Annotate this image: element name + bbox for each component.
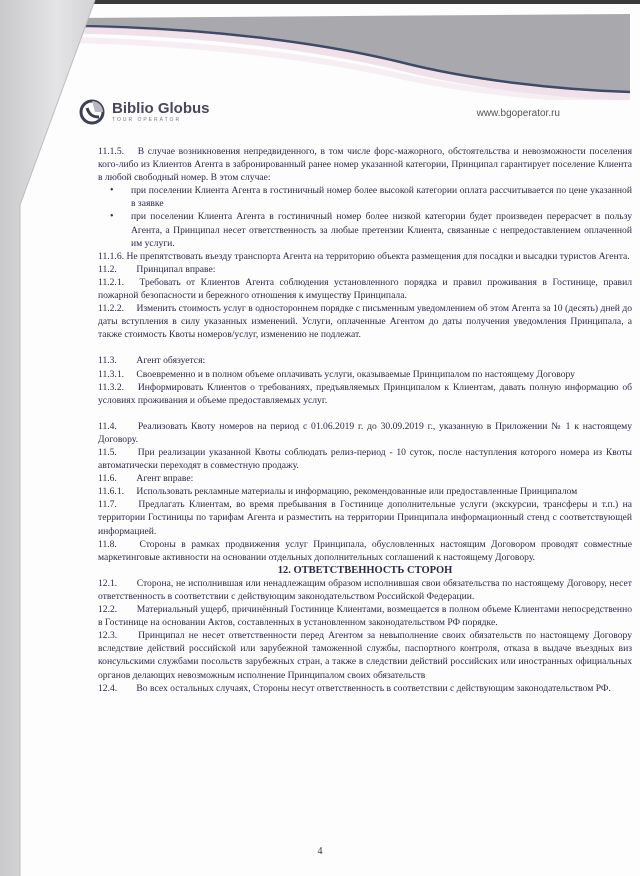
clause-12-4: 12.4. Во всех остальных случаях, Стороны… [98, 682, 632, 695]
clause-11-3-1: 11.3.1. Своевременно и в полном объеме о… [98, 368, 632, 381]
clause-11-8: 11.8. Стороны в рамках продвижения услуг… [98, 538, 632, 564]
clause-12-1: 12.1. Сторона, не исполнившая или ненадл… [98, 577, 632, 603]
bullet-item: при поселении Клиента Агента в гостиничн… [131, 184, 632, 210]
brand-name: Biblio Globus [112, 101, 210, 116]
clause-11-5: 11.5. При реализации указанной Квоты соб… [98, 446, 632, 472]
document-page: Biblio Globus TOUR OPERATOR www.bgoperat… [0, 0, 640, 876]
clause-12-2: 12.2. Материальный ущерб, причинённый Го… [98, 603, 632, 629]
brand-logo: Biblio Globus TOUR OPERATOR [78, 98, 210, 126]
header-wave-decoration [0, 0, 640, 100]
clause-11-2: 11.2. Принципал вправе: [98, 263, 632, 276]
clause-11-1-5: 11.1.5. В случае возникновения непредвид… [98, 145, 632, 184]
page-number: 4 [0, 846, 640, 857]
clause-11-3: 11.3. Агент обязуется: [98, 354, 632, 367]
clause-11-6: 11.6. Агент вправе: [98, 472, 632, 485]
clause-11-7: 11.7. Предлагать Клиентам, во время преб… [98, 498, 632, 537]
clause-11-3-2: 11.3.2. Информировать Клиентов о требова… [98, 381, 632, 407]
website-url: www.bgoperator.ru [477, 108, 560, 119]
clause-11-6-1: 11.6.1. Использовать рекламные материалы… [98, 485, 632, 498]
clause-11-2-2: 11.2.2. Изменить стоимость услуг в однос… [98, 302, 632, 341]
clause-11-1-6: 11.1.6. Не препятствовать въезду транспо… [98, 250, 632, 263]
contract-body: 11.1.5. В случае возникновения непредвид… [98, 145, 632, 695]
biblio-globus-logo-icon [78, 98, 106, 126]
clause-11-2-1: 11.2.1. Требовать от Клиентов Агента соб… [98, 276, 632, 302]
bullet-item: при поселении Клиента Агента в гостиничн… [131, 210, 632, 249]
clause-11-4: 11.4. Реализовать Квоту номеров на перио… [98, 420, 632, 446]
bullet-list: при поселении Клиента Агента в гостиничн… [98, 184, 632, 249]
brand-subtitle: TOUR OPERATOR [112, 118, 210, 123]
clause-12-3: 12.3. Принципал не несет ответственности… [98, 629, 632, 681]
section-12-heading: 12. ОТВЕТСТВЕННОСТЬ СТОРОН [98, 564, 632, 577]
